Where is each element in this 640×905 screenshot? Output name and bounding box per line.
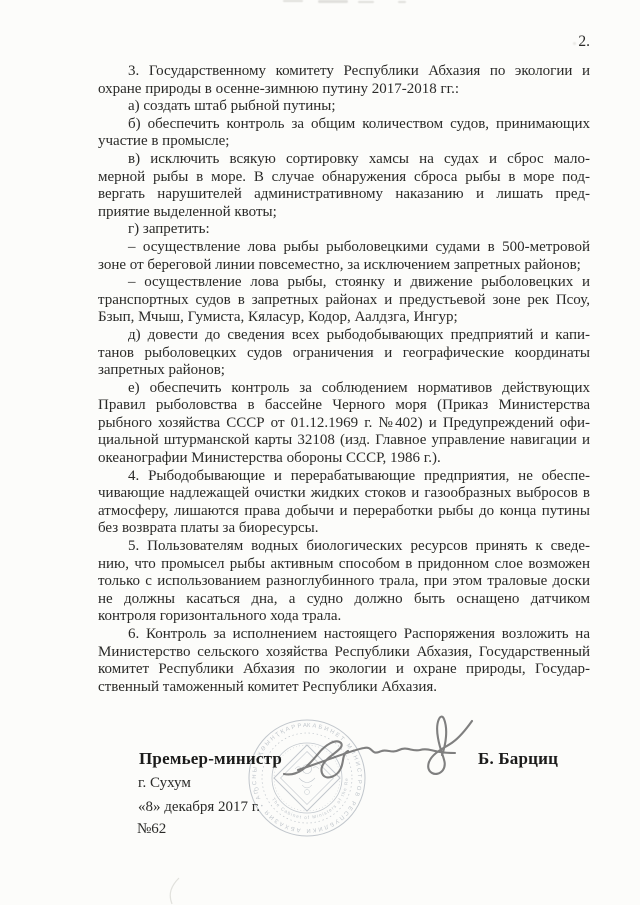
signer-title: Премьер-министр bbox=[139, 749, 282, 769]
text-line: Правил рыболовства в бассейне Черного мо… bbox=[98, 397, 590, 415]
text-line: океанографии Министерства обороны СССР, … bbox=[98, 450, 590, 468]
text-line: чивающие надлежащей очистки жидких стоко… bbox=[98, 485, 590, 503]
text-line: нию, что промысел рыбы активным способом… bbox=[98, 556, 590, 574]
text-line: 5. Пользователям водных биологических ре… bbox=[98, 538, 590, 556]
text-line: контроля горизонтального хода трала. bbox=[98, 608, 590, 626]
text-line: атмосферу, лишаются права добычи и перер… bbox=[98, 503, 590, 521]
text-line: зоне от береговой линии повсеместно, за … bbox=[98, 257, 590, 275]
text-line: приятие выделенной квоты; bbox=[98, 204, 590, 222]
signature-date: «8» декабря 2017 г. bbox=[138, 799, 260, 816]
scan-artifact-top bbox=[398, 1, 406, 3]
document-body: 3. Государственному комитету Республики … bbox=[98, 63, 590, 696]
text-line: только с использованием разноглубинного … bbox=[98, 573, 590, 591]
scan-artifact-bottom-arc bbox=[163, 876, 185, 905]
text-line: ственный таможенный комитет Республики А… bbox=[98, 679, 590, 697]
text-line: охране природы в осенне-зимнюю путину 20… bbox=[98, 81, 590, 99]
text-line: участие в промысле; bbox=[98, 133, 590, 151]
text-line: 6. Контроль за исполнением настоящего Ра… bbox=[98, 626, 590, 644]
signature-city: г. Сухум bbox=[138, 775, 191, 792]
text-line: Бзып, Мчыш, Гумиста, Кяласур, Кодор, Аал… bbox=[98, 309, 590, 327]
text-line: а) создать штаб рыбной путины; bbox=[98, 98, 590, 116]
text-line: транспортных судов в запретных районах и… bbox=[98, 292, 590, 310]
scan-artifact-top bbox=[318, 0, 348, 3]
text-line: д) довести до сведения всех рыбодобывающ… bbox=[98, 327, 590, 345]
document-number: №62 bbox=[137, 821, 166, 838]
text-line: 4. Рыбодобывающие и перерабатывающие пре… bbox=[98, 468, 590, 486]
text-line: вергать нарушителей административному на… bbox=[98, 186, 590, 204]
text-line: в) исключить всякую сортировку хамсы на … bbox=[98, 151, 590, 169]
scan-artifact-top bbox=[283, 0, 303, 2]
text-line: рыбного хозяйства СССР от 01.12.1969 г. … bbox=[98, 415, 590, 433]
text-line: мерной рыбы в море. В случае обнаружения… bbox=[98, 169, 590, 187]
text-line: г) запретить: bbox=[98, 221, 590, 239]
signer-name: Б. Барциц bbox=[478, 749, 558, 769]
scan-artifact-top bbox=[358, 1, 374, 3]
text-line: без возврата платы за биоресурсы. bbox=[98, 520, 590, 538]
text-line: циальной штурманской карты 32108 (изд. Г… bbox=[98, 432, 590, 450]
text-line: 3. Государственному комитету Республики … bbox=[98, 63, 590, 81]
text-line: комитет Республики Абхазия по экологии и… bbox=[98, 661, 590, 679]
text-line: танов рыболовецких судов ограничения и г… bbox=[98, 345, 590, 363]
text-line: – осуществление лова рыбы, стоянку и дви… bbox=[98, 274, 590, 292]
text-line: б) обеспечить контроль за общим количест… bbox=[98, 116, 590, 134]
text-line: не должны касаться дна, а судно должно б… bbox=[98, 591, 590, 609]
text-line: е) обеспечить контроль за соблюдением но… bbox=[98, 380, 590, 398]
page-number: 2. bbox=[98, 33, 590, 51]
handwritten-signature bbox=[268, 698, 488, 798]
document-page: 2. 3. Государственному комитету Республи… bbox=[0, 0, 640, 905]
text-line: запретных районов; bbox=[98, 362, 590, 380]
text-line: – осуществление лова рыбы рыболовецкими … bbox=[98, 239, 590, 257]
text-line: Министерство сельского хозяйства Республ… bbox=[98, 644, 590, 662]
